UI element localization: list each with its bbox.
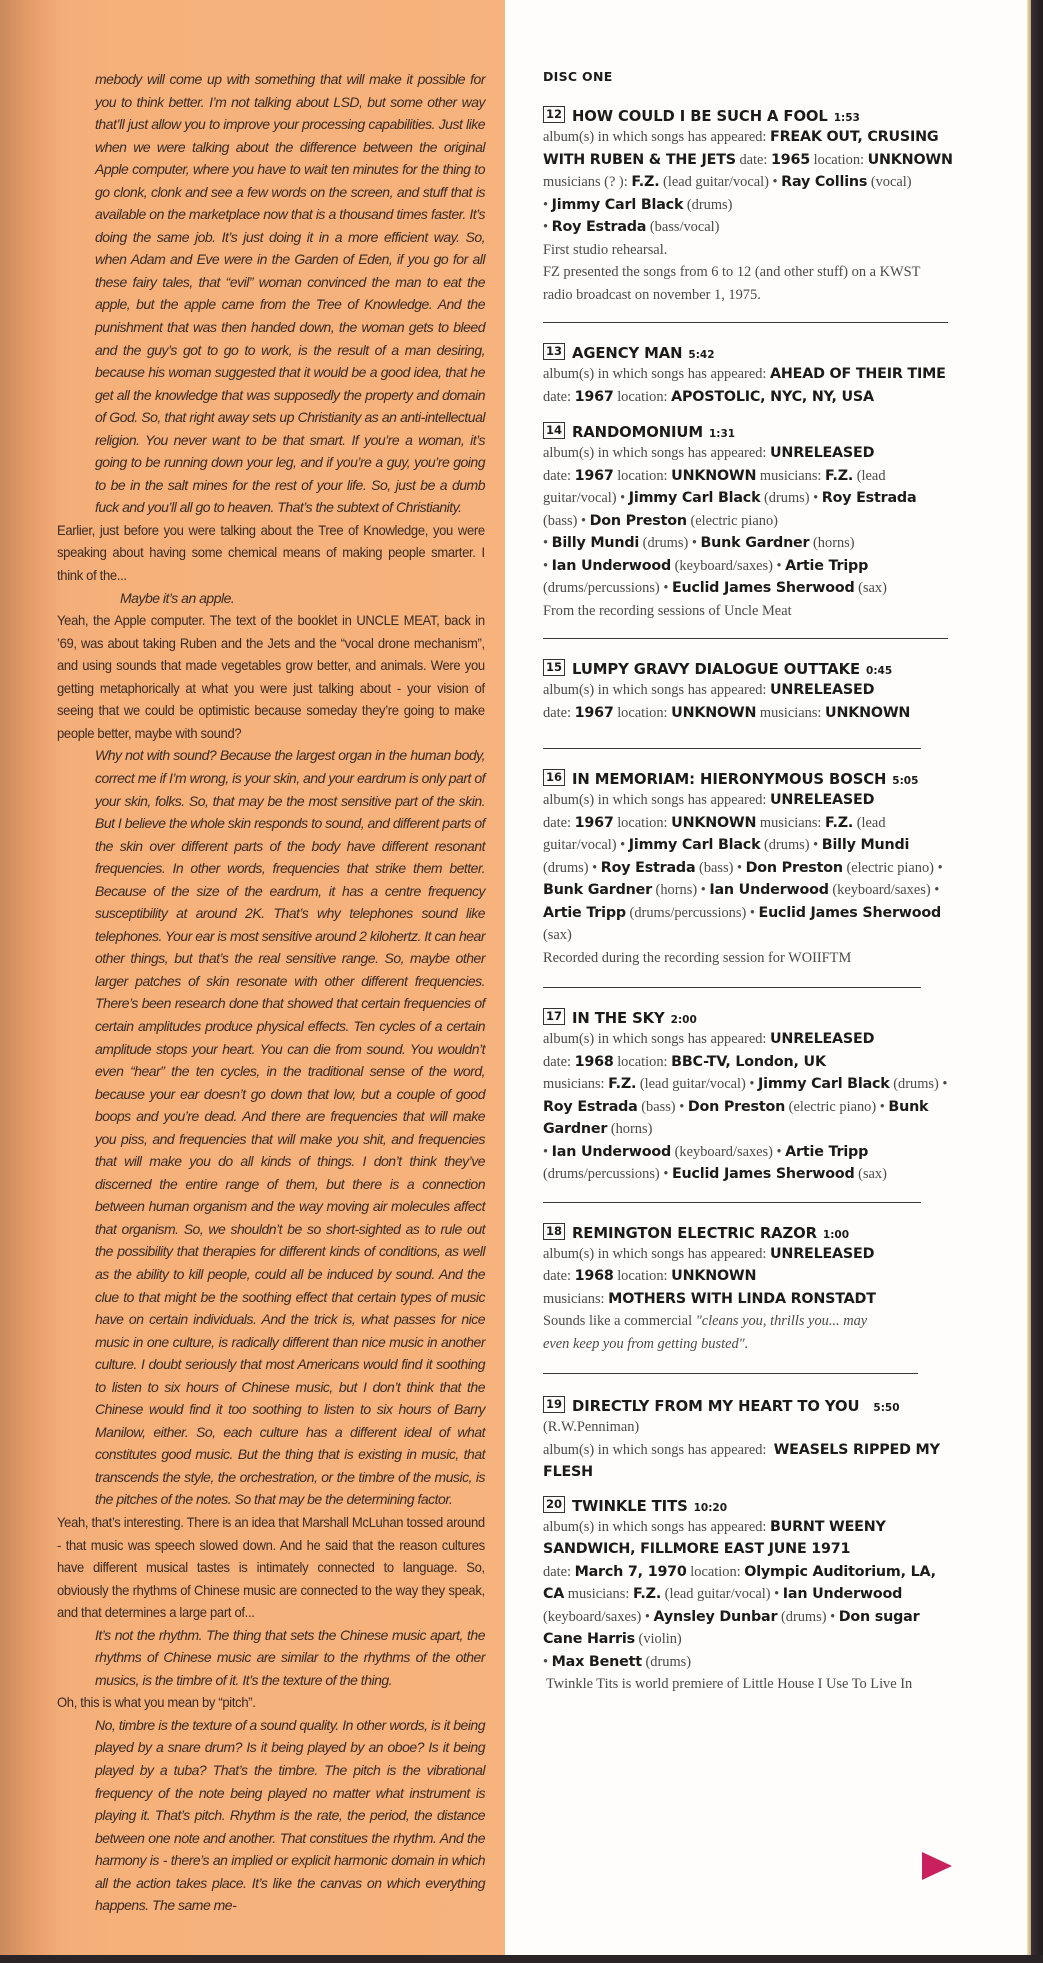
musician-role: (drums/percussions) bbox=[543, 580, 660, 596]
albums-label: album(s) in which songs has appeared: bbox=[543, 1442, 766, 1458]
divider bbox=[543, 638, 948, 639]
musician-role: (sax) bbox=[543, 927, 572, 943]
musician-role: (horns) bbox=[611, 1121, 653, 1137]
albums-label: album(s) in which songs has appeared: bbox=[543, 682, 766, 698]
musician-name: Jimmy Carl Black bbox=[758, 1076, 890, 1092]
musician-role: (drums/percussions) bbox=[630, 905, 747, 921]
location-value: APOSTOLIC, NYC, NY, USA bbox=[671, 389, 874, 405]
musician-name: Roy Estrada bbox=[543, 1099, 638, 1115]
musician-role: (bass) bbox=[699, 860, 733, 876]
date-label: date: bbox=[543, 705, 571, 721]
track-duration: 2:00 bbox=[671, 1014, 697, 1026]
musician-name: Roy Estrada bbox=[822, 490, 917, 506]
location-value: BBC-TV, London, UK bbox=[671, 1054, 826, 1070]
divider bbox=[543, 322, 948, 323]
albums-label: album(s) in which songs has appeared: bbox=[543, 1519, 766, 1535]
track-duration: 5:50 bbox=[873, 1402, 899, 1414]
track-title: AGENCY MAN bbox=[572, 345, 682, 362]
location-label: location: bbox=[617, 1268, 667, 1284]
location-value: UNKNOWN bbox=[671, 705, 756, 721]
musician-role: (drums/percussions) bbox=[543, 1166, 660, 1182]
track-duration: 1:00 bbox=[823, 1229, 849, 1241]
musician-role: (lead guitar/vocal) bbox=[640, 1076, 746, 1092]
location-label: location: bbox=[617, 389, 667, 405]
musician-name: F.Z. bbox=[608, 1076, 636, 1092]
date-label: date: bbox=[543, 1564, 571, 1580]
location-value: UNKNOWN bbox=[671, 1268, 756, 1284]
track-list: DISC ONE 12 HOW COULD I BE SUCH A FOOL 1… bbox=[543, 69, 953, 1696]
track-number: 14 bbox=[543, 422, 565, 439]
musician-role: (electric piano) bbox=[690, 513, 778, 529]
track-number: 12 bbox=[543, 106, 565, 123]
musician-name: Jimmy Carl Black bbox=[629, 837, 761, 853]
date-label: date: bbox=[543, 1268, 571, 1284]
musician-name: Jimmy Carl Black bbox=[552, 197, 684, 213]
track-title: TWINKLE TITS bbox=[572, 1498, 688, 1515]
date-value: 1965 bbox=[771, 152, 810, 168]
track-number: 17 bbox=[543, 1008, 565, 1025]
answer-paragraph: Maybe it’s an apple. bbox=[95, 587, 485, 610]
musician-name: Artie Tripp bbox=[543, 905, 626, 921]
albums-value: UNRELEASED bbox=[770, 1246, 874, 1262]
musician-role: (drums) bbox=[764, 490, 810, 506]
location-label: location: bbox=[690, 1564, 740, 1580]
musician-name: F.Z. bbox=[633, 1586, 661, 1602]
disc-title: DISC ONE bbox=[543, 69, 953, 84]
track-number: 20 bbox=[543, 1496, 565, 1513]
musician-name: Roy Estrada bbox=[601, 860, 696, 876]
date-value: 1968 bbox=[575, 1268, 614, 1284]
track-number: 15 bbox=[543, 659, 565, 676]
track-duration: 1:31 bbox=[709, 428, 735, 440]
location-value: UNKNOWN bbox=[671, 468, 756, 484]
albums-label: album(s) in which songs has appeared: bbox=[543, 792, 766, 808]
location-label: location: bbox=[617, 468, 667, 484]
musician-name: Max Benett bbox=[552, 1654, 642, 1670]
track-entry: 12 HOW COULD I BE SUCH A FOOL 1:53 album… bbox=[543, 108, 953, 306]
musician-name: Bunk Gardner bbox=[700, 535, 809, 551]
track-title: IN THE SKY bbox=[572, 1010, 665, 1027]
note-text: Sounds like a commercial bbox=[543, 1313, 692, 1329]
location-value: UNKNOWN bbox=[671, 815, 756, 831]
musician-role: (keyboard/saxes) bbox=[675, 1144, 773, 1160]
musician-name: Ian Underwood bbox=[552, 558, 671, 574]
musician-role: (sax) bbox=[858, 1166, 887, 1182]
date-label: date: bbox=[543, 468, 571, 484]
track-title: REMINGTON ELECTRIC RAZOR bbox=[572, 1225, 817, 1242]
albums-value: UNRELEASED bbox=[770, 682, 874, 698]
musician-role: (lead guitar/vocal) bbox=[665, 1586, 771, 1602]
track-duration: 5:42 bbox=[688, 349, 714, 361]
divider bbox=[543, 1202, 921, 1203]
musician-role: (horns) bbox=[813, 535, 855, 551]
musicians-label: musicians: bbox=[543, 1076, 605, 1092]
question-paragraph: Yeah, the Apple computer. The text of th… bbox=[57, 609, 485, 744]
track-entry: 18 REMINGTON ELECTRIC RAZOR 1:00 album(s… bbox=[543, 1225, 953, 1356]
musician-role: (electric piano) bbox=[846, 860, 934, 876]
musician-name: Euclid James Sherwood bbox=[672, 580, 855, 596]
albums-label: album(s) in which songs has appeared: bbox=[543, 1031, 766, 1047]
question-paragraph: Oh, this is what you mean by “pitch”. bbox=[57, 1691, 485, 1714]
date-value: 1968 bbox=[575, 1054, 614, 1070]
divider bbox=[543, 748, 921, 749]
track-duration: 10:20 bbox=[694, 1502, 727, 1514]
track-duration: 5:05 bbox=[892, 775, 918, 787]
musician-name: F.Z. bbox=[825, 468, 853, 484]
musician-role: (keyboard/saxes) bbox=[675, 558, 773, 574]
track-title: RANDOMONIUM bbox=[572, 424, 703, 441]
track-title: LUMPY GRAVY DIALOGUE OUTTAKE bbox=[572, 661, 860, 678]
track-duration: 1:53 bbox=[834, 112, 860, 124]
answer-paragraph: It’s not the rhythm. The thing that sets… bbox=[95, 1624, 485, 1692]
musician-name: Don Preston bbox=[590, 513, 687, 529]
answer-paragraph: mebody will come up with something that … bbox=[95, 68, 485, 519]
track-number: 13 bbox=[543, 343, 565, 360]
albums-value: UNRELEASED bbox=[770, 792, 874, 808]
albums-label: album(s) in which songs has appeared: bbox=[543, 366, 766, 382]
track-entry: 19 DIRECTLY FROM MY HEART TO YOU 5:50 (R… bbox=[543, 1398, 953, 1484]
interview-text: mebody will come up with something that … bbox=[57, 68, 485, 1917]
musicians-label: musicians: bbox=[760, 705, 822, 721]
date-label: date: bbox=[543, 389, 571, 405]
location-label: location: bbox=[617, 815, 667, 831]
musician-name: Billy Mundi bbox=[822, 837, 909, 853]
musicians-label: musicians: bbox=[760, 815, 822, 831]
musician-role: (bass/vocal) bbox=[650, 219, 720, 235]
divider bbox=[543, 1373, 918, 1374]
question-paragraph: Yeah, that’s interesting. There is an id… bbox=[57, 1511, 485, 1624]
musician-role: (drums) bbox=[764, 837, 810, 853]
musician-role: (drums) bbox=[687, 197, 733, 213]
track-entry: 16 IN MEMORIAM: HIERONYMOUS BOSCH 5:05 a… bbox=[543, 771, 953, 969]
next-page-arrow-icon[interactable] bbox=[922, 1852, 952, 1880]
track-entry: 14 RANDOMONIUM 1:31 album(s) in which so… bbox=[543, 424, 953, 622]
location-label: location: bbox=[814, 152, 864, 168]
musician-role: (drums) bbox=[781, 1609, 827, 1625]
track-entry: 17 IN THE SKY 2:00 album(s) in which son… bbox=[543, 1010, 953, 1186]
musicians-value: MOTHERS WITH LINDA RONSTADT bbox=[608, 1291, 876, 1307]
musician-role: (vocal) bbox=[871, 174, 912, 190]
musician-role: (drums) bbox=[543, 860, 589, 876]
track-note: Sounds like a commercial "cleans you, th… bbox=[543, 1310, 873, 1355]
musician-name: Ian Underwood bbox=[783, 1586, 902, 1602]
musician-name: Don Preston bbox=[746, 860, 843, 876]
musician-name: Aynsley Dunbar bbox=[654, 1609, 778, 1625]
date-value: 1967 bbox=[575, 389, 614, 405]
track-note: Recorded during the recording session fo… bbox=[543, 947, 953, 970]
track-title: DIRECTLY FROM MY HEART TO YOU bbox=[572, 1398, 859, 1415]
musician-role: (violin) bbox=[639, 1631, 682, 1647]
musician-role: (keyboard/saxes) bbox=[543, 1609, 641, 1625]
musician-role: (keyboard/saxes) bbox=[832, 882, 930, 898]
musician-role: (electric piano) bbox=[789, 1099, 877, 1115]
track-number: 19 bbox=[543, 1396, 565, 1413]
musician-name: Ian Underwood bbox=[709, 882, 828, 898]
track-entry: 13 AGENCY MAN 5:42 album(s) in which son… bbox=[543, 345, 953, 408]
musicians-label: musicians (? ): bbox=[543, 174, 628, 190]
background-edge bbox=[1031, 0, 1043, 1963]
albums-value: UNRELEASED bbox=[770, 1031, 874, 1047]
albums-value: UNRELEASED bbox=[770, 445, 874, 461]
musician-role: (drums) bbox=[643, 535, 689, 551]
musician-name: Euclid James Sherwood bbox=[672, 1166, 855, 1182]
musician-name: Roy Estrada bbox=[552, 219, 647, 235]
musician-name: Bunk Gardner bbox=[543, 882, 652, 898]
musician-role: (bass) bbox=[641, 1099, 675, 1115]
musicians-label: musicians: bbox=[760, 468, 822, 484]
musician-name: Euclid James Sherwood bbox=[759, 905, 942, 921]
musician-name: Ray Collins bbox=[781, 174, 867, 190]
location-label: location: bbox=[617, 1054, 667, 1070]
date-value: March 7, 1970 bbox=[575, 1564, 687, 1580]
date-value: 1967 bbox=[575, 705, 614, 721]
albums-value: AHEAD OF THEIR TIME bbox=[770, 366, 946, 382]
date-label: date: bbox=[543, 1054, 571, 1070]
musician-name: Ian Underwood bbox=[552, 1144, 671, 1160]
answer-paragraph: Why not with sound? Because the largest … bbox=[95, 744, 485, 1511]
divider bbox=[543, 987, 921, 988]
musician-name: Artie Tripp bbox=[785, 558, 868, 574]
track-duration: 0:45 bbox=[866, 665, 892, 677]
composer: (R.W.Penniman) bbox=[543, 1419, 639, 1435]
musician-role: (bass) bbox=[543, 513, 577, 529]
track-note: FZ presented the songs from 6 to 12 (and… bbox=[543, 261, 953, 306]
musician-role: (sax) bbox=[858, 580, 887, 596]
track-title: HOW COULD I BE SUCH A FOOL bbox=[572, 108, 828, 125]
musician-name: Don Preston bbox=[688, 1099, 785, 1115]
musician-role: (lead guitar/vocal) bbox=[663, 174, 769, 190]
albums-label: album(s) in which songs has appeared: bbox=[543, 445, 766, 461]
musician-role: (drums) bbox=[645, 1654, 691, 1670]
track-entry: 15 LUMPY GRAVY DIALOGUE OUTTAKE 0:45 alb… bbox=[543, 661, 953, 724]
question-paragraph: Earlier, just before you were talking ab… bbox=[57, 519, 485, 587]
albums-label: album(s) in which songs has appeared: bbox=[543, 129, 766, 145]
date-label: date: bbox=[739, 152, 767, 168]
date-label: date: bbox=[543, 815, 571, 831]
answer-paragraph: No, timbre is the texture of a sound qua… bbox=[95, 1714, 485, 1917]
date-value: 1967 bbox=[575, 815, 614, 831]
musician-name: Billy Mundi bbox=[552, 535, 639, 551]
track-note: From the recording sessions of Uncle Mea… bbox=[543, 600, 953, 623]
track-number: 16 bbox=[543, 769, 565, 786]
musician-role: (horns) bbox=[656, 882, 698, 898]
track-title: IN MEMORIAM: HIERONYMOUS BOSCH bbox=[572, 771, 886, 788]
date-value: 1967 bbox=[575, 468, 614, 484]
track-note: Twinkle Tits is world premiere of Little… bbox=[543, 1673, 953, 1696]
musician-name: F.Z. bbox=[631, 174, 659, 190]
track-number: 18 bbox=[543, 1223, 565, 1240]
musician-name: Jimmy Carl Black bbox=[629, 490, 761, 506]
musician-name: Artie Tripp bbox=[785, 1144, 868, 1160]
albums-label: album(s) in which songs has appeared: bbox=[543, 1246, 766, 1262]
musicians-value: UNKNOWN bbox=[825, 705, 910, 721]
track-entry: 20 TWINKLE TITS 10:20 album(s) in which … bbox=[543, 1498, 953, 1696]
background-bottom bbox=[0, 1955, 1043, 1963]
track-note: First studio rehearsal. bbox=[543, 239, 953, 262]
location-label: location: bbox=[617, 705, 667, 721]
musician-name: F.Z. bbox=[825, 815, 853, 831]
location-value: UNKNOWN bbox=[868, 152, 953, 168]
musician-role: (drums) bbox=[893, 1076, 939, 1092]
musicians-label: musicians: bbox=[568, 1586, 630, 1602]
musicians-label: musicians: bbox=[543, 1291, 605, 1307]
